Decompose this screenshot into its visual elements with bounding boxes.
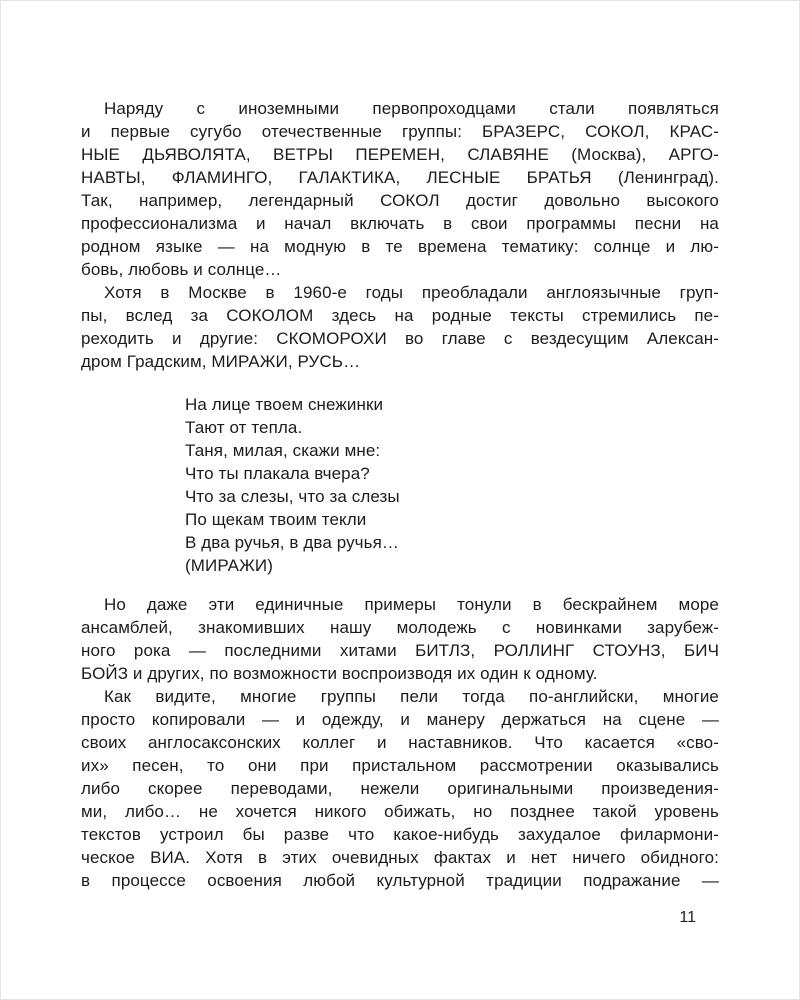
text-line: БОЙЗ и других, по возможности воспроизво… — [81, 662, 719, 685]
text-line: Но даже эти единичные примеры тонули в б… — [81, 593, 719, 616]
paragraph-3: Но даже эти единичные примеры тонули в б… — [81, 593, 719, 685]
text-line: их» песен, то они при пристальном рассмо… — [81, 754, 719, 777]
paragraph-4: Как видите, многие группы пели тогда по-… — [81, 685, 719, 892]
text-line: реходить и другие: СКОМОРОХИ во главе с … — [81, 327, 719, 350]
paragraph-1: Наряду с иноземными первопроходцами стал… — [81, 97, 719, 281]
verse-line: (МИРАЖИ) — [185, 554, 719, 577]
text-line: НАВТЫ, ФЛАМИНГО, ГАЛАКТИКА, ЛЕСНЫЕ БРАТЬ… — [81, 166, 719, 189]
text-line: родном языке — на модную в те времена те… — [81, 235, 719, 258]
text-line: своих англосаксонских коллег и наставник… — [81, 731, 719, 754]
text-line: ного рока — последними хитами БИТЛЗ, РОЛ… — [81, 639, 719, 662]
verse-line: В два ручья, в два ручья… — [185, 531, 719, 554]
paragraph-2: Хотя в Москве в 1960-е годы преобладали … — [81, 281, 719, 373]
text-line: Как видите, многие группы пели тогда по-… — [81, 685, 719, 708]
verse-line: По щекам твоим текли — [185, 508, 719, 531]
text-line: Так, например, легендарный СОКОЛ достиг … — [81, 189, 719, 212]
text-line: в процессе освоения любой культурной тра… — [81, 869, 719, 892]
text-line: ческое ВИА. Хотя в этих очевидных фактах… — [81, 846, 719, 869]
text-line: бовь, любовь и солнце… — [81, 258, 719, 281]
text-line: Хотя в Москве в 1960-е годы преобладали … — [81, 281, 719, 304]
verse-line: Таня, милая, скажи мне: — [185, 439, 719, 462]
text-line: профессионализма и начал включать в свои… — [81, 212, 719, 235]
text-line: ансамблей, знакомивших нашу молодежь с н… — [81, 616, 719, 639]
text-line: Наряду с иноземными первопроходцами стал… — [81, 97, 719, 120]
verse-line: На лице твоем снежинки — [185, 393, 719, 416]
verse-line: Что ты плакала вчера? — [185, 462, 719, 485]
page-text-block: Наряду с иноземными первопроходцами стал… — [81, 97, 719, 892]
text-line: ми, либо… не хочется никого обижать, но … — [81, 800, 719, 823]
page-number: 11 — [81, 906, 719, 929]
text-line: и первые сугубо отечественные группы: БР… — [81, 120, 719, 143]
book-page: Наряду с иноземными первопроходцами стал… — [0, 0, 800, 1000]
verse-line: Что за слезы, что за слезы — [185, 485, 719, 508]
text-line: НЫЕ ДЬЯВОЛЯТА, ВЕТРЫ ПЕРЕМЕН, СЛАВЯНЕ (М… — [81, 143, 719, 166]
verse-line: Тают от тепла. — [185, 416, 719, 439]
text-line: текстов устроил бы разве что какое-нибуд… — [81, 823, 719, 846]
text-line: просто копировали — и одежду, и манеру д… — [81, 708, 719, 731]
text-line: либо скорее переводами, нежели оригиналь… — [81, 777, 719, 800]
text-line: пы, вслед за СОКОЛОМ здесь на родные тек… — [81, 304, 719, 327]
text-line: дром Градским, МИРАЖИ, РУСЬ… — [81, 350, 719, 373]
verse-quote: На лице твоем снежинкиТают от тепла.Таня… — [185, 393, 719, 577]
